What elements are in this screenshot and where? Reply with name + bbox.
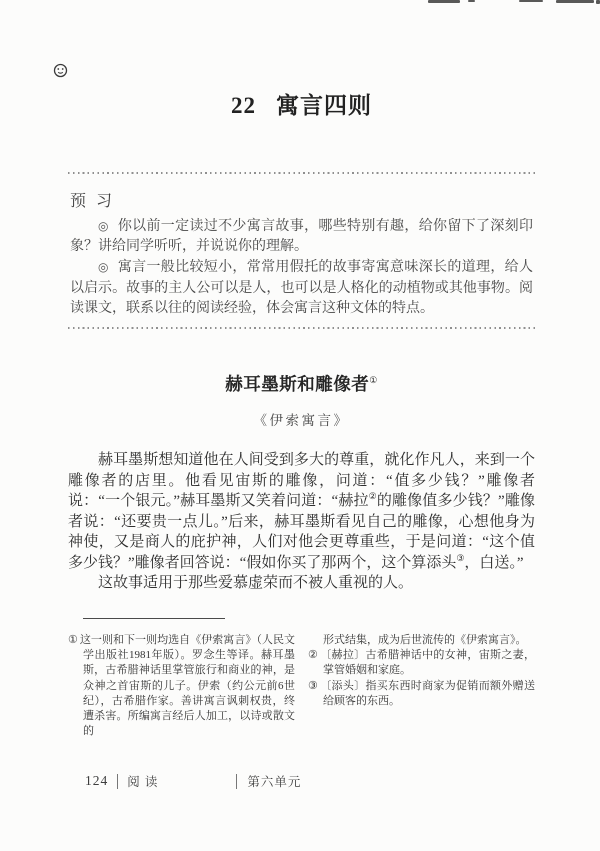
footnotes: ①这一则和下一则均选自《伊索寓言》（人民文学出版社1981年版）。罗念生等译。赫… xyxy=(68,633,535,739)
footnote-text: 〔赫拉〕古希腊神话中的女神，宙斯之妻，掌管婚姻和家庭。 xyxy=(320,649,535,676)
preview-heading: 预 习 xyxy=(70,192,533,211)
preview-item: ◎你以前一定读过不少寓言故事，哪些特别有趣，给你留下了深刻印象？讲给同学听听，并… xyxy=(70,216,533,257)
preview-item-text: 寓言一般比较短小，常常用假托的故事寄寓意味深长的道理，给人以启示。故事的主人公可… xyxy=(70,260,533,315)
lesson-number: 22 xyxy=(231,93,256,118)
story-text: ，白送。” xyxy=(464,555,523,571)
footnote-continuation: 形式结集，成为后世流传的《伊索寓言》。 xyxy=(308,633,535,648)
smiley-face-icon xyxy=(53,63,68,78)
footnote-separator-line xyxy=(83,618,225,620)
dotted-divider-bottom xyxy=(68,327,535,329)
page-number: 124 xyxy=(85,773,108,789)
scan-artifact xyxy=(468,0,475,2)
scan-artifact xyxy=(428,0,460,3)
scan-artifact xyxy=(556,0,594,3)
page-footer: 124 阅 读 第六单元 xyxy=(68,772,535,790)
footer-section-label: 阅 读 xyxy=(127,772,158,790)
footnote-text: 这一则和下一则均选自《伊索寓言》（人民文学出版社1981年版）。罗念生等译。赫耳… xyxy=(80,634,295,737)
preview-item-text: 你以前一定读过不少寓言故事，哪些特别有趣，给你留下了深刻印象？讲给同学听听，并说… xyxy=(70,219,533,254)
lesson-title: 22寓言四则 xyxy=(68,0,535,120)
story-title-text: 赫耳墨斯和雕像者 xyxy=(225,374,369,394)
footer-divider xyxy=(117,774,118,789)
story-body: 赫耳墨斯想知道他在人间受到多大的尊重，就化作凡人，来到一个雕像者的店里。他看见宙… xyxy=(68,450,535,594)
lesson-title-text: 寓言四则 xyxy=(276,93,372,118)
footnote-column-right: 形式结集，成为后世流传的《伊索寓言》。 ②〔赫拉〕古希腊神话中的女神，宙斯之妻，… xyxy=(308,633,535,739)
story-moral: 这故事适用于那些爱慕虚荣而不被人重视的人。 xyxy=(68,573,535,594)
footnote-item: ②〔赫拉〕古希腊神话中的女神，宙斯之妻，掌管婚姻和家庭。 xyxy=(308,648,535,678)
footnote-column-left: ①这一则和下一则均选自《伊索寓言》（人民文学出版社1981年版）。罗念生等译。赫… xyxy=(68,633,295,739)
story-title: 赫耳墨斯和雕像者① xyxy=(68,373,535,395)
footnote-ref-1: ① xyxy=(369,375,378,385)
footnote-number: ① xyxy=(68,634,78,646)
preview-section: 预 习 ◎你以前一定读过不少寓言故事，哪些特别有趣，给你留下了深刻印象？讲给同学… xyxy=(68,172,535,329)
footer-divider xyxy=(236,774,237,789)
footnote-item: ①这一则和下一则均选自《伊索寓言》（人民文学出版社1981年版）。罗念生等译。赫… xyxy=(68,633,295,739)
story-source: 《伊索寓言》 xyxy=(68,412,535,429)
scan-artifact xyxy=(596,0,600,4)
footnote-text: 形式结集，成为后世流传的《伊索寓言》。 xyxy=(323,634,527,646)
footnote-number: ② xyxy=(308,649,318,661)
footnote-item: ③〔添头〕指买东西时商家为促销而额外赠送给顾客的东西。 xyxy=(308,679,535,709)
scan-artifact xyxy=(519,0,543,2)
preview-item: ◎寓言一般比较短小，常常用假托的故事寄寓意味深长的道理，给人以启示。故事的主人公… xyxy=(70,257,533,319)
story-paragraph: 赫耳墨斯想知道他在人间受到多大的尊重，就化作凡人，来到一个雕像者的店里。他看见宙… xyxy=(68,450,535,573)
circle-bullet-icon: ◎ xyxy=(98,260,109,274)
footnote-ref-2: ② xyxy=(369,491,377,501)
footnote-number: ③ xyxy=(308,680,318,692)
footer-unit-label: 第六单元 xyxy=(247,772,301,790)
textbook-page: 22寓言四则 预 习 ◎你以前一定读过不少寓言故事，哪些特别有趣，给你留下了深刻… xyxy=(0,0,600,851)
circle-bullet-icon: ◎ xyxy=(98,219,109,233)
footnote-text: 〔添头〕指买东西时商家为促销而额外赠送给顾客的东西。 xyxy=(320,680,535,707)
